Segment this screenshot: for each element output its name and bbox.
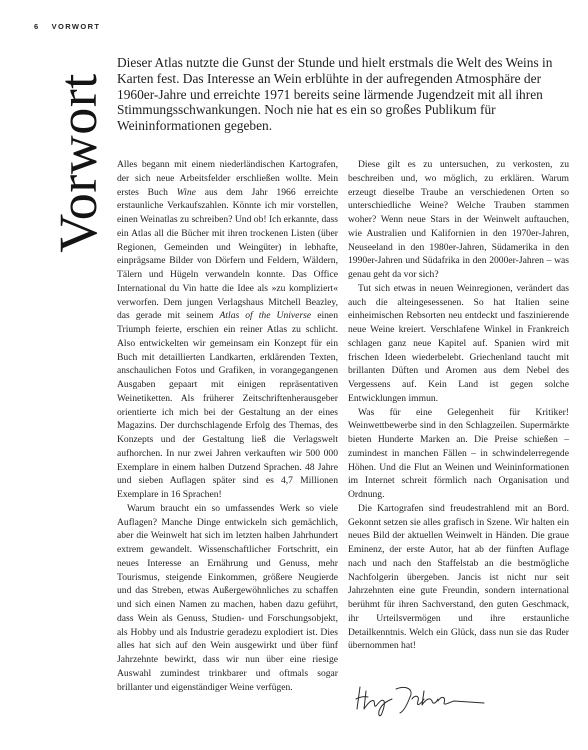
page-title: Vorwort: [55, 58, 101, 268]
intro-paragraph: Dieser Atlas nutzte die Gunst der Stunde…: [117, 55, 557, 134]
book-title: Wine: [177, 187, 196, 198]
page-title-text: Vorwort: [51, 73, 105, 253]
paragraph: Was für eine Gelegenheit für Kritiker! W…: [348, 406, 569, 502]
paragraph: Tut sich etwas in neuen Weinregionen, ve…: [348, 282, 569, 406]
text-run: einen Triumph feierte, erschien ein rein…: [117, 310, 338, 500]
body-columns: Alles begann mit einem niederländischen …: [117, 158, 569, 719]
right-column: Diese gilt es zu untersuchen, zu verkost…: [348, 158, 569, 719]
text-run: aus dem Jahr 1966 erreichte erstaunliche…: [117, 187, 338, 322]
paragraph: Warum braucht ein so umfassendes Werk so…: [117, 502, 338, 695]
signature-icon: [354, 679, 504, 719]
paragraph: Die Kartografen sind freudestrahlend mit…: [348, 502, 569, 653]
left-column: Alles begann mit einem niederländischen …: [117, 158, 338, 719]
paragraph: Alles begann mit einem niederländischen …: [117, 158, 338, 502]
paragraph: Diese gilt es zu untersuchen, zu verkost…: [348, 158, 569, 282]
section-label: VORWORT: [52, 22, 101, 31]
book-title: Atlas of the Universe: [220, 310, 312, 321]
page-number: 6: [34, 22, 40, 31]
running-head: 6 VORWORT: [34, 22, 100, 31]
